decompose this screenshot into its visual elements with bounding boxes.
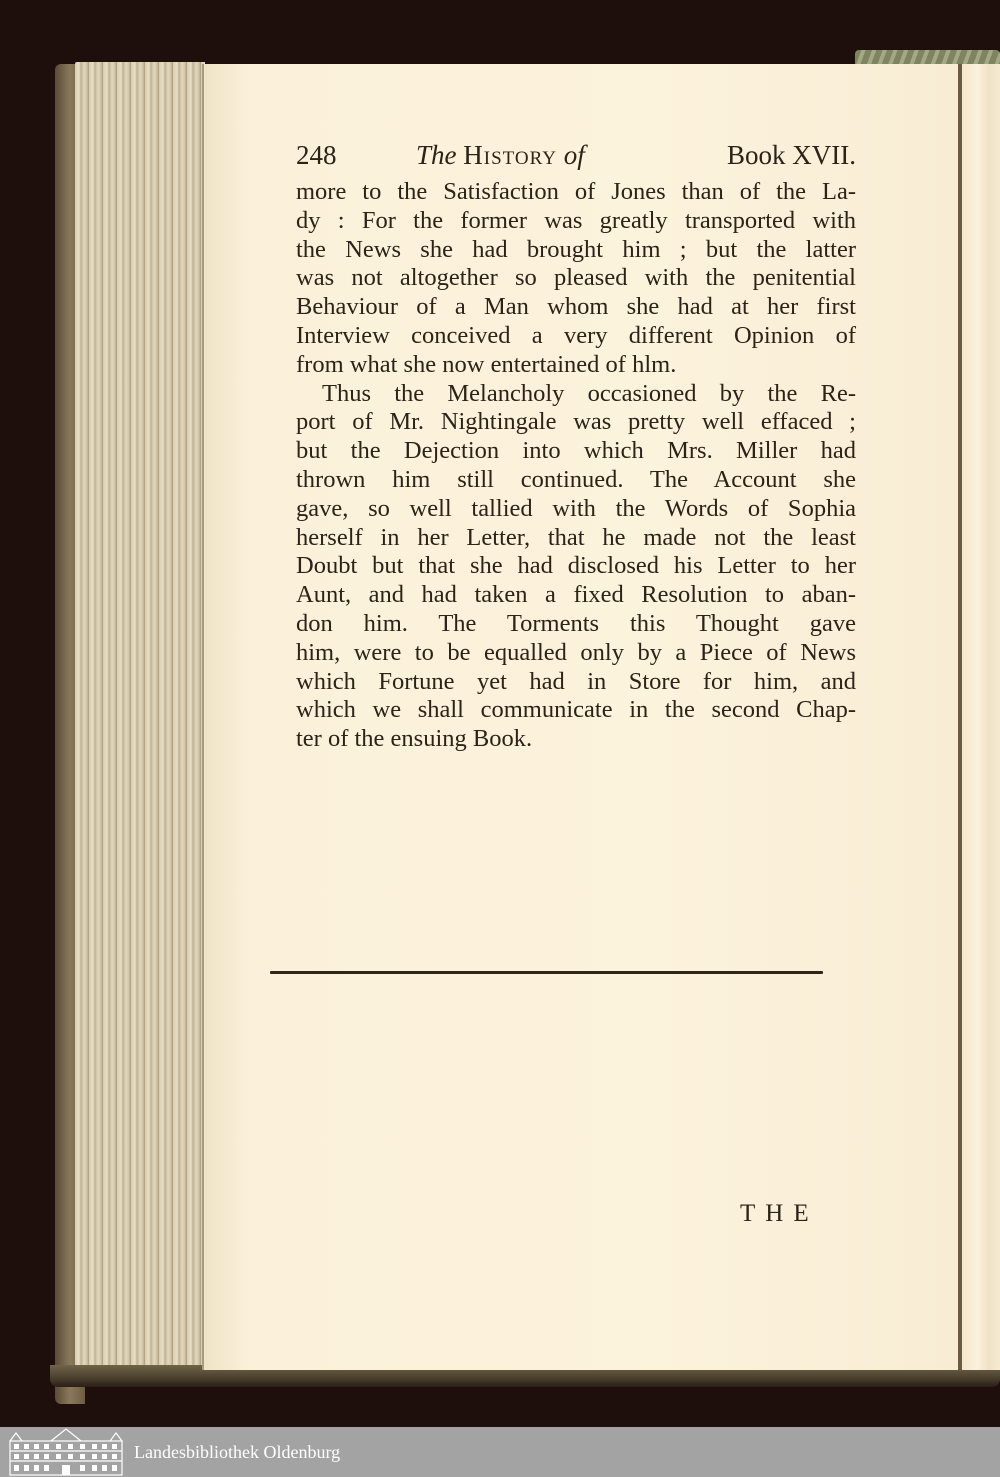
text-line: was not altogether so pleased with the p… bbox=[296, 264, 856, 293]
text-line: Interview conceived a very different Opi… bbox=[296, 322, 856, 351]
text-line: Thus the Melancholy occasioned by the Re… bbox=[296, 380, 856, 409]
text-line: ter of the ensuing Book. bbox=[296, 725, 856, 754]
text-line: gave, so well tallied with the Words of … bbox=[296, 495, 856, 524]
running-title-main: History bbox=[463, 140, 557, 170]
running-title-suffix: of bbox=[564, 140, 585, 170]
text-line: thrown him still continued. The Account … bbox=[296, 466, 856, 495]
running-head: 248 The History of Book XVII. bbox=[296, 140, 856, 178]
text-line: don him. The Torments this Thought gave bbox=[296, 610, 856, 639]
text-line: Behaviour of a Man whom she had at her f… bbox=[296, 293, 856, 322]
text-line: more to the Satisfaction of Jones than o… bbox=[296, 178, 856, 207]
text-line: Doubt but that she had disclosed his Let… bbox=[296, 552, 856, 581]
catchword: THE bbox=[740, 1200, 819, 1228]
running-title-prefix: The bbox=[416, 140, 457, 170]
text-line: port of Mr. Nightingale was pretty well … bbox=[296, 408, 856, 437]
paragraph-2: Thus the Melancholy occasioned by the Re… bbox=[296, 380, 856, 754]
footer-bar: Landesbibliothek Oldenburg bbox=[0, 1427, 1000, 1477]
book-label: Book XVII. bbox=[727, 140, 856, 171]
text-line: Aunt, and had taken a fixed Resolution t… bbox=[296, 581, 856, 610]
text-line: him, were to be equalled only by a Piece… bbox=[296, 639, 856, 668]
text-line: which we shall communicate in the second… bbox=[296, 696, 856, 725]
page-number: 248 bbox=[296, 140, 416, 171]
library-building-icon bbox=[6, 1427, 126, 1477]
section-rule bbox=[270, 971, 823, 974]
library-name: Landesbibliothek Oldenburg bbox=[134, 1442, 340, 1463]
text-line: the News she had brought him ; but the l… bbox=[296, 236, 856, 265]
paragraph-1: more to the Satisfaction of Jones than o… bbox=[296, 178, 856, 380]
page-stack-edges bbox=[75, 62, 205, 1374]
facing-page-edge bbox=[962, 64, 1000, 1370]
page-content: 248 The History of Book XVII. more to th… bbox=[296, 140, 856, 754]
text-line: herself in her Letter, that he made not … bbox=[296, 524, 856, 553]
running-title: The History of bbox=[416, 140, 727, 171]
text-line: which Fortune yet had in Store for him, … bbox=[296, 668, 856, 697]
book-scan: 248 The History of Book XVII. more to th… bbox=[0, 0, 1000, 1427]
text-line: dy : For the former was greatly transpor… bbox=[296, 207, 856, 236]
text-line: but the Dejection into which Mrs. Miller… bbox=[296, 437, 856, 466]
text-line: from what she now entertained of hlm. bbox=[296, 351, 856, 380]
body-text: more to the Satisfaction of Jones than o… bbox=[296, 178, 856, 754]
